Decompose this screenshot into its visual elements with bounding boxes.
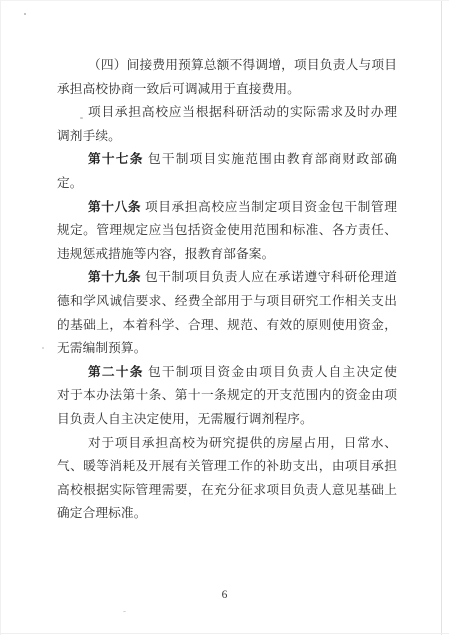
- text-line: 第十九条 包干制项目负责人应在承诺遵守科研伦理道: [57, 266, 397, 290]
- line-text: 气、暖等消耗及开展有关管理工作的补助支出，由项目承担: [57, 459, 397, 473]
- document-page: （四）间接费用预算总额不得调增，项目负责人与项目承担高校协商一致后可调减用于直接…: [0, 0, 449, 635]
- line-text: 违规惩戒措施等内容，报教育部备案。: [57, 247, 274, 261]
- text-line: 对于项目承担高校为研究提供的房屋占用，日常水、电、: [57, 432, 397, 456]
- page-number: 6: [0, 589, 449, 601]
- text-line: 对于本办法第十条、第十一条规定的开支范围内的资金由项: [57, 384, 397, 408]
- text-line: 确定合理标准。: [57, 502, 397, 526]
- text-line: 第十七条 包干制项目实施范围由教育部商财政部确: [57, 148, 397, 172]
- article-number: 第十九条: [88, 270, 141, 284]
- text-line: 无需编制预算。: [57, 337, 397, 361]
- line-text: 对于项目承担高校为研究提供的房屋占用，日常水、电、: [88, 436, 397, 456]
- line-text: 项目承担高校应当制定项目资金包干制管理: [141, 200, 397, 214]
- line-text: 调剂手续。: [57, 129, 121, 143]
- document-body: （四）间接费用预算总额不得调增，项目负责人与项目承担高校协商一致后可调减用于直接…: [57, 54, 397, 526]
- text-line: 项目承担高校应当根据科研活动的实际需求及时办理: [57, 101, 397, 125]
- text-line: 目负责人自主决定使用，无需履行调剂程序。: [57, 408, 397, 432]
- text-line: 高校根据实际管理需要，在充分征求项目负责人意见基础上: [57, 479, 397, 503]
- text-line: 气、暖等消耗及开展有关管理工作的补助支出，由项目承担: [57, 455, 397, 479]
- line-text: 高校根据实际管理需要，在充分征求项目负责人意见基础上: [57, 483, 397, 497]
- text-line: 违规惩戒措施等内容，报教育部备案。: [57, 243, 397, 267]
- scan-speck: [42, 347, 44, 349]
- article-number: 第十八条: [88, 200, 141, 214]
- scan-edge-right: [441, 0, 442, 635]
- line-text: 承担高校协商一致后可调减用于直接费用。: [57, 82, 300, 96]
- scan-edge-left: [0, 0, 1, 635]
- line-text: （四）间接费用预算总额不得调增，项目负责人与项目: [88, 58, 397, 72]
- line-text: 对于本办法第十条、第十一条规定的开支范围内的资金由项: [57, 388, 397, 402]
- line-text: 规定。管理规定应当包括资金使用范围和标准、各方责任、: [57, 223, 397, 237]
- text-line: 定。: [57, 172, 397, 196]
- line-text: 定。: [57, 176, 83, 190]
- line-text: 的基础上，本着科学、合理、规范、有效的原则使用资金，: [57, 318, 397, 332]
- text-line: 承担高校协商一致后可调减用于直接费用。: [57, 78, 397, 102]
- line-text: 项目承担高校应当根据科研活动的实际需求及时办理: [88, 105, 397, 119]
- line-text: 包干制项目实施范围由教育部商财政部确: [144, 152, 397, 166]
- line-text: 确定合理标准。: [57, 506, 147, 520]
- line-text: 目负责人自主决定使用，无需履行调剂程序。: [57, 412, 313, 426]
- scan-speck: [123, 611, 126, 612]
- text-line: 的基础上，本着科学、合理、规范、有效的原则使用资金，: [57, 314, 397, 338]
- text-line: 规定。管理规定应当包括资金使用范围和标准、各方责任、: [57, 219, 397, 243]
- text-line: （四）间接费用预算总额不得调增，项目负责人与项目: [57, 54, 397, 78]
- article-number: 第二十条: [88, 365, 144, 379]
- text-line: 调剂手续。: [57, 125, 397, 149]
- text-line: 第十八条 项目承担高校应当制定项目资金包干制管理: [57, 196, 397, 220]
- scan-speck: [80, 117, 83, 119]
- text-line: 第二十条 包干制项目资金由项目负责人自主决定使用，: [57, 361, 397, 385]
- scan-edge-bottom: [0, 633, 449, 634]
- article-number: 第十七条: [88, 152, 144, 166]
- text-line: 德和学风诚信要求、经费全部用于与项目研究工作相关支出: [57, 290, 397, 314]
- scan-edge-top: [0, 0, 449, 1]
- line-text: 无需编制预算。: [57, 341, 147, 355]
- line-text: 德和学风诚信要求、经费全部用于与项目研究工作相关支出: [57, 294, 397, 308]
- scan-speck: [24, 13, 26, 15]
- line-text: 包干制项目负责人应在承诺遵守科研伦理道: [141, 270, 397, 284]
